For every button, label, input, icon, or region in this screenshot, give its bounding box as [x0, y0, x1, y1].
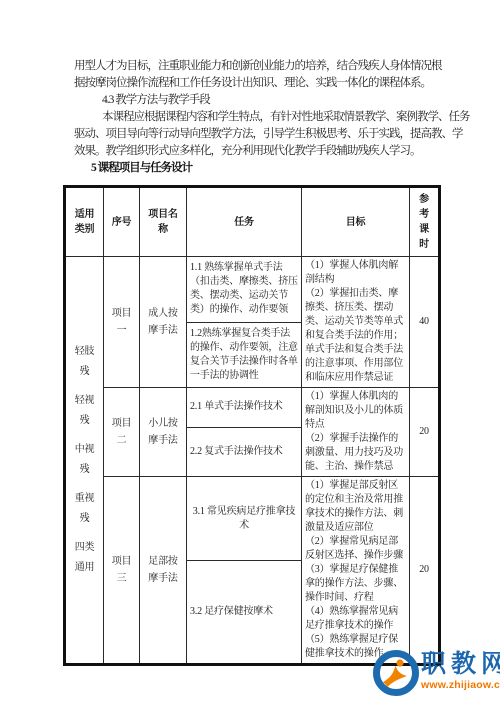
col-header-hours-label: 参考课时 — [418, 192, 430, 252]
goal-item: （2）掌握手法操作的刺激量、用力技巧及功能、主治、操作禁忌 — [305, 432, 406, 474]
section-heading-5: 5 课程项目与任务设计 — [74, 160, 470, 177]
goal-item: （2）掌握扣击类、摩擦类、挤压类、摆动类、运动关节类等单式和复合类手法的作用；单… — [305, 287, 406, 385]
col-header-category-label: 适用类别 — [74, 207, 96, 237]
table-row-project3-task1: 项目三 足部按摩手法 3.1 常见疾病足疗推拿技术 （1）掌握足部反射区的定位和… — [65, 477, 440, 561]
task-2-2-cell: 2.2 复式手法操作技术 — [187, 427, 302, 476]
col-header-no-label: 序号 — [112, 217, 132, 228]
project3-no: 项目三 — [111, 553, 133, 587]
goal-item: （1）掌握人体肌肉的解剖知识及小儿的体质特点 — [305, 390, 406, 432]
project2-no-cell: 项目二 — [104, 388, 140, 477]
course-table: 适用类别 序号 项目名称 任务 目标 参考课时 轻肢残 轻视残 中视残 重视残 … — [63, 185, 441, 666]
zhijiaow-watermark: 职教网 www.zhijiaow.com — [373, 650, 500, 702]
project1-hours-cell: 40 — [410, 257, 440, 388]
category-term: 轻视残 — [74, 391, 96, 431]
project2-hours-cell: 20 — [410, 388, 440, 477]
task-1-2-cell: 1.2熟练掌握复合类手法的操作、动作要领，注意复合关节手法操作时各单一手法的协调… — [187, 322, 302, 388]
table-row-project1-task1: 轻肢残 轻视残 中视残 重视残 四类通用 项目一 成人按摩手法 1.1 熟练掌握… — [65, 257, 440, 323]
task-2-1-cell: 2.1 单式手法操作技术 — [187, 388, 302, 428]
body-line: 效果。教学组织形式应多样化，充分利用现代化教学手段辅助残疾人学习。 — [74, 143, 470, 160]
col-header-hours: 参考课时 — [410, 187, 440, 257]
body-line: 据按摩岗位操作流程和工作任务设计出知识、理论、实践一体化的课程体系。 — [74, 75, 470, 92]
zhijiaow-logo-icon — [373, 650, 419, 696]
col-header-goal: 目标 — [302, 187, 410, 257]
goal-item: （1）掌握足部反射区的定位和主治及常用推拿技术的操作方法、刺激量及适应部位 — [305, 479, 406, 535]
project3-goal-cell: （1）掌握足部反射区的定位和主治及常用推拿技术的操作方法、刺激量及适应部位 （2… — [302, 477, 410, 665]
project1-no: 项目一 — [111, 305, 133, 339]
category-term: 四类通用 — [74, 538, 96, 578]
category-cell: 轻肢残 轻视残 中视残 重视残 四类通用 — [65, 257, 104, 665]
col-header-no: 序号 — [104, 187, 140, 257]
section-heading-4-3: 4.3 教学方法与教学手段 — [74, 92, 470, 109]
col-header-goal-label: 目标 — [346, 217, 366, 228]
task-3-2-cell: 3.2 足疗保健按摩术 — [187, 561, 302, 665]
col-header-name: 项目名称 — [140, 187, 187, 257]
goal-item: （4）熟练掌握常见病足疗推拿技术的操作 — [305, 605, 406, 633]
document-body-text: 用型人才为目标，注重职业能力和创新创业能力的培养，结合残疾人身体情况根 据按摩岗… — [74, 58, 470, 177]
col-header-task-label: 任务 — [234, 217, 254, 228]
goal-item: （1）掌握人体肌肉解剖结构 — [305, 259, 406, 287]
category-term: 中视残 — [74, 440, 96, 480]
category-term: 重视残 — [74, 489, 96, 529]
body-line: 驱动、项目导向等行动导向型教学方法，引导学生积极思考、乐于实践，提高教、学 — [74, 126, 470, 143]
project2-name: 小儿按摩手法 — [147, 415, 180, 449]
col-header-name-label: 项目名称 — [147, 207, 180, 237]
table-row-project2-task1: 项目二 小儿按摩手法 2.1 单式手法操作技术 （1）掌握人体肌肉的解剖知识及小… — [65, 388, 440, 428]
task-3-1-cell: 3.1 常见疾病足疗推拿技术 — [187, 477, 302, 561]
document-page: 用型人才为目标，注重职业能力和创新创业能力的培养，结合残疾人身体情况根 据按摩岗… — [0, 0, 500, 707]
watermark-text: 职教网 www.zhijiaow.com — [421, 650, 500, 691]
task-1-1-cell: 1.1 熟练掌握单式手法（扣击类、摩擦类、挤压类、摆动类、运动关节类）的操作、动… — [187, 257, 302, 323]
watermark-site-name: 职教网 — [421, 650, 500, 680]
body-line: 本课程应根据课程内容和学生特点，有针对性地采取情景教学、案例教学、任务 — [74, 109, 470, 126]
project3-no-cell: 项目三 — [104, 477, 140, 665]
project2-no: 项目二 — [111, 415, 133, 449]
project1-name: 成人按摩手法 — [147, 305, 180, 339]
body-line: 用型人才为目标，注重职业能力和创新创业能力的培养，结合残疾人身体情况根 — [74, 58, 470, 75]
project3-hours-cell: 20 — [410, 477, 440, 665]
project1-goal-cell: （1）掌握人体肌肉解剖结构 （2）掌握扣击类、摩擦类、挤压类、摆动类、运动关节类… — [302, 257, 410, 388]
category-term: 轻肢残 — [74, 342, 96, 382]
goal-item: （3）掌握足疗保健推拿的操作方法、步骤、操作时间、疗程 — [305, 563, 406, 605]
project1-name-cell: 成人按摩手法 — [140, 257, 187, 388]
course-table-container: 适用类别 序号 项目名称 任务 目标 参考课时 轻肢残 轻视残 中视残 重视残 … — [63, 185, 438, 666]
watermark-site-url: www.zhijiaow.com — [421, 679, 500, 691]
project1-no-cell: 项目一 — [104, 257, 140, 388]
project2-name-cell: 小儿按摩手法 — [140, 388, 187, 477]
project3-name-cell: 足部按摩手法 — [140, 477, 187, 665]
col-header-category: 适用类别 — [65, 187, 104, 257]
table-header-row: 适用类别 序号 项目名称 任务 目标 参考课时 — [65, 187, 440, 257]
project3-name: 足部按摩手法 — [147, 553, 180, 587]
goal-item: （2）掌握常见病足部反射区选择、操作步骤 — [305, 535, 406, 563]
project2-goal-cell: （1）掌握人体肌肉的解剖知识及小儿的体质特点 （2）掌握手法操作的刺激量、用力技… — [302, 388, 410, 477]
col-header-task: 任务 — [187, 187, 302, 257]
